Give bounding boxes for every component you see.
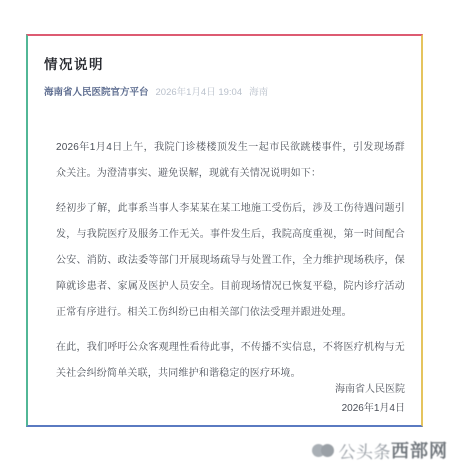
post-timestamp: 2026年1月4日 19:04 [156,84,243,98]
link-icon [312,443,336,458]
statement-paragraph-2: 经初步了解，此事系当事人李某某在某工地施工受伤后，涉及工伤待遇问题引发，与我院医… [56,196,405,326]
source-account-link[interactable]: 海南省人民医院官方平台 [44,84,149,98]
signature-block: 海南省人民医院 2026年1月4日 [335,380,405,418]
page-background: 情况说明 海南省人民医院官方平台 2026年1月4日 19:04 海南 2026… [0,0,450,465]
watermark: 公头条 西部网 [312,437,449,463]
statement-body: 2026年1月4日上午，我院门诊楼楼顶发生一起市民欲跳楼事件，引发现场群众关注。… [56,135,405,387]
watermark-text-light: 公头条 [339,438,392,463]
statement-title: 情况说明 [44,53,405,73]
byline: 海南省人民医院官方平台 2026年1月4日 19:04 海南 [44,84,405,98]
post-location: 海南 [249,84,268,98]
signature-date: 2026年1月4日 [335,399,405,418]
statement-card: 情况说明 海南省人民医院官方平台 2026年1月4日 19:04 海南 2026… [26,34,423,427]
statement-paragraph-1: 2026年1月4日上午，我院门诊楼楼顶发生一起市民欲跳楼事件，引发现场群众关注。… [56,135,405,187]
signature-org: 海南省人民医院 [335,380,405,399]
watermark-text-dark: 西部网 [391,437,448,463]
